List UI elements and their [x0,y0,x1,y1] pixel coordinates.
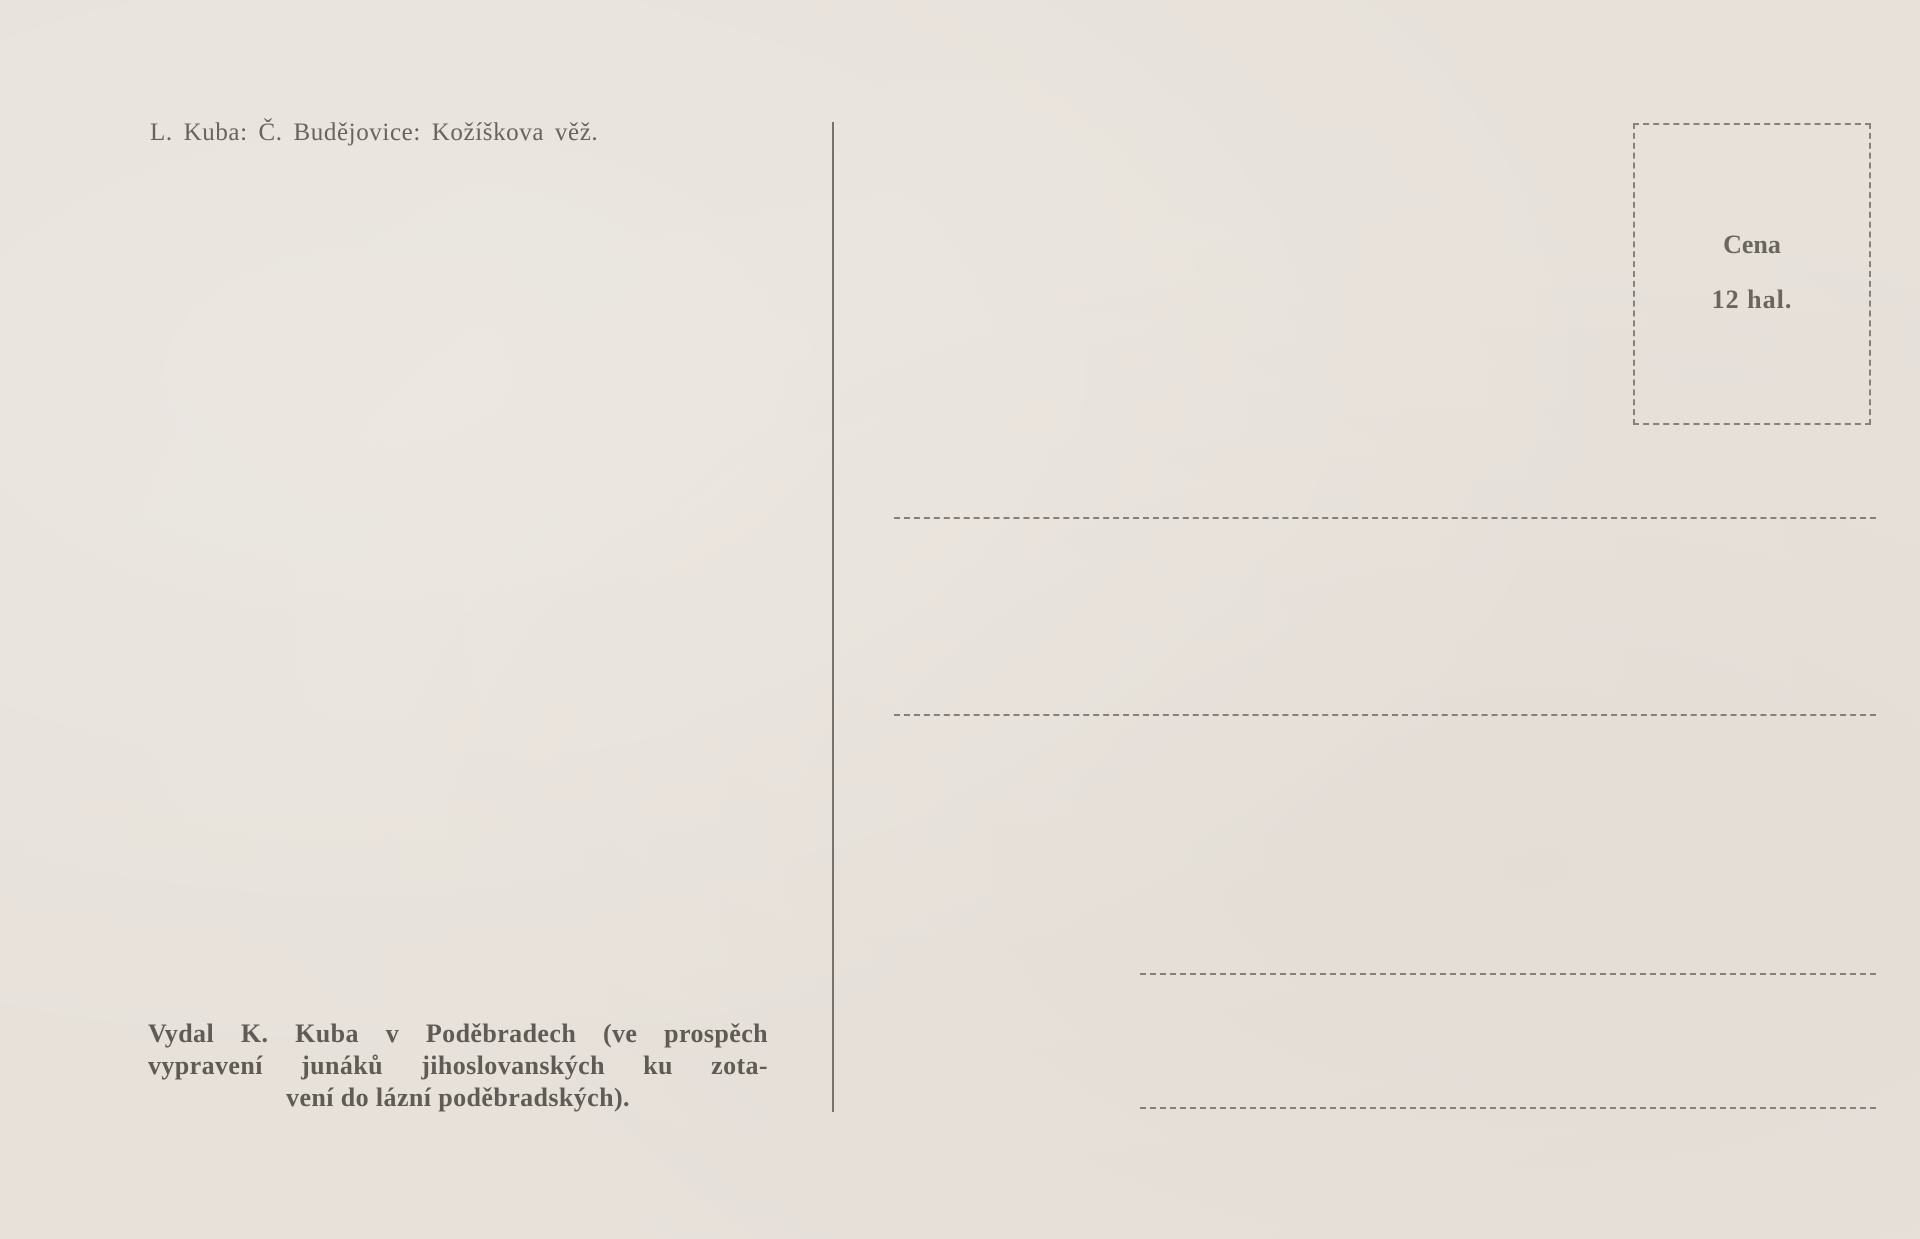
address-line-4 [1140,1107,1876,1109]
stamp-price-label: Cena [1635,230,1869,260]
postcard-back: L. Kuba: Č. Budějovice: Kožíškova věž. V… [0,0,1920,1239]
image-caption: L. Kuba: Č. Budějovice: Kožíškova věž. [150,119,598,147]
publisher-note-line-3: vení do lázní poděbradských). [148,1082,768,1114]
stamp-box: Cena 12 hal. [1633,123,1871,425]
address-line-1 [894,517,1876,519]
publisher-note-line-2: vypravení junáků jihoslovanských ku zota… [148,1050,768,1082]
publisher-note: Vydal K. Kuba v Poděbradech (ve prospěch… [148,1018,768,1114]
publisher-note-line-1: Vydal K. Kuba v Poděbradech (ve prospěch [148,1018,768,1050]
stamp-price-value: 12 hal. [1635,285,1869,315]
address-line-2 [894,714,1876,716]
address-line-3 [1140,973,1876,975]
center-divider [832,122,834,1112]
